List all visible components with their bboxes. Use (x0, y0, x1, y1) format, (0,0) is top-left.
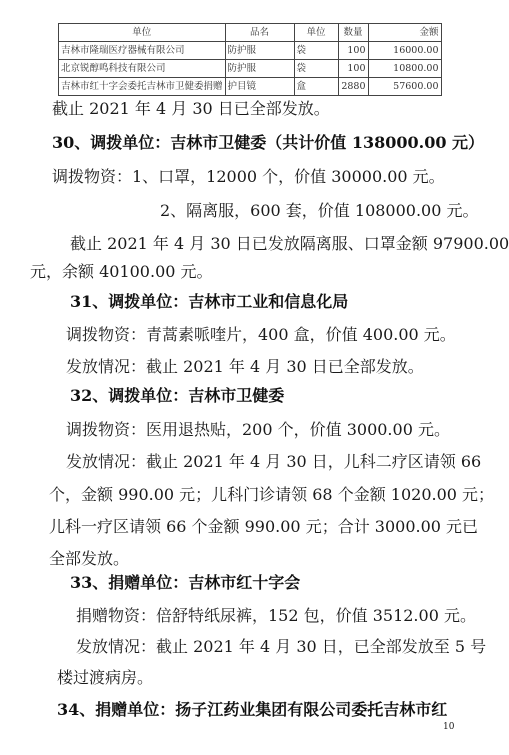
cell: 吉林市红十字会委托吉林市卫健委捐赠 (59, 78, 226, 96)
paragraph: 截止 2021 年 4 月 30 日已发放隔离服、口罩金额 97900.00 (70, 234, 509, 254)
cell: 100 (338, 42, 368, 60)
paragraph: 截止 2021 年 4 月 30 日已全部发放。 (52, 99, 330, 119)
paragraph: 个，金额 990.00 元；儿科门诊请领 68 个金额 1020.00 元； (49, 485, 494, 505)
cell: 护目镜 (225, 78, 294, 96)
header-cell: 品名 (225, 24, 294, 42)
header-cell: 数量 (338, 24, 368, 42)
cell: 16000.00 (368, 42, 441, 60)
header-cell: 金额 (368, 24, 441, 42)
page-number: 10 (443, 722, 454, 732)
table-row: 吉林市隆瑞医疗器械有限公司 防护服 袋 100 16000.00 (59, 42, 442, 60)
section-heading-34: 34、捐赠单位：扬子江药业集团有限公司委托吉林市红 (57, 700, 447, 720)
cell: 袋 (294, 60, 338, 78)
table-row: 吉林市红十字会委托吉林市卫健委捐赠 护目镜 盒 2880 57600.00 (59, 78, 442, 96)
paragraph: 发放情况：截止 2021 年 4 月 30 日已全部发放。 (66, 357, 424, 377)
paragraph: 调拨物资：1、口罩，12000 个，价值 30000.00 元。 (52, 167, 445, 187)
section-heading-30: 30、调拨单位：吉林市卫健委（共计价值 138000.00 元） (52, 133, 484, 153)
paragraph: 调拨物资：青蒿素哌喹片，400 盒，价值 400.00 元。 (66, 325, 456, 345)
cell: 防护服 (225, 60, 294, 78)
cell: 57600.00 (368, 78, 441, 96)
paragraph: 儿科一疗区请领 66 个金额 990.00 元；合计 3000.00 元已 (49, 517, 478, 537)
paragraph: 元，余额 40100.00 元。 (30, 262, 213, 282)
header-cell: 单位 (294, 24, 338, 42)
section-heading-32: 32、调拨单位：吉林市卫健委 (70, 386, 284, 406)
cell: 100 (338, 60, 368, 78)
paragraph: 楼过渡病房。 (57, 668, 153, 688)
cell: 防护服 (225, 42, 294, 60)
paragraph: 发放情况：截止 2021 年 4 月 30 日，儿科二疗区请领 66 (66, 452, 481, 472)
cell: 吉林市隆瑞医疗器械有限公司 (59, 42, 226, 60)
paragraph: 全部发放。 (49, 549, 129, 569)
cell: 袋 (294, 42, 338, 60)
paragraph: 捐赠物资：倍舒特纸尿裤，152 包，价值 3512.00 元。 (76, 606, 476, 626)
paragraph: 发放情况：截止 2021 年 4 月 30 日，已全部发放至 5 号 (76, 637, 486, 657)
cell: 北京锐醇鸣科技有限公司 (59, 60, 226, 78)
paragraph: 2、隔离服，600 套，价值 108000.00 元。 (160, 201, 479, 221)
section-heading-31: 31、调拨单位：吉林市工业和信息化局 (70, 292, 348, 312)
paragraph: 调拨物资：医用退热贴，200 个，价值 3000.00 元。 (66, 420, 450, 440)
section-heading-33: 33、捐赠单位：吉林市红十字会 (70, 573, 300, 593)
cell: 2880 (338, 78, 368, 96)
cell: 盒 (294, 78, 338, 96)
table-row: 北京锐醇鸣科技有限公司 防护服 袋 100 10800.00 (59, 60, 442, 78)
donation-table: 单位 品名 单位 数量 金额 吉林市隆瑞医疗器械有限公司 防护服 袋 100 1… (58, 23, 442, 96)
header-cell: 单位 (59, 24, 226, 42)
cell: 10800.00 (368, 60, 441, 78)
table-header-row: 单位 品名 单位 数量 金额 (59, 24, 442, 42)
